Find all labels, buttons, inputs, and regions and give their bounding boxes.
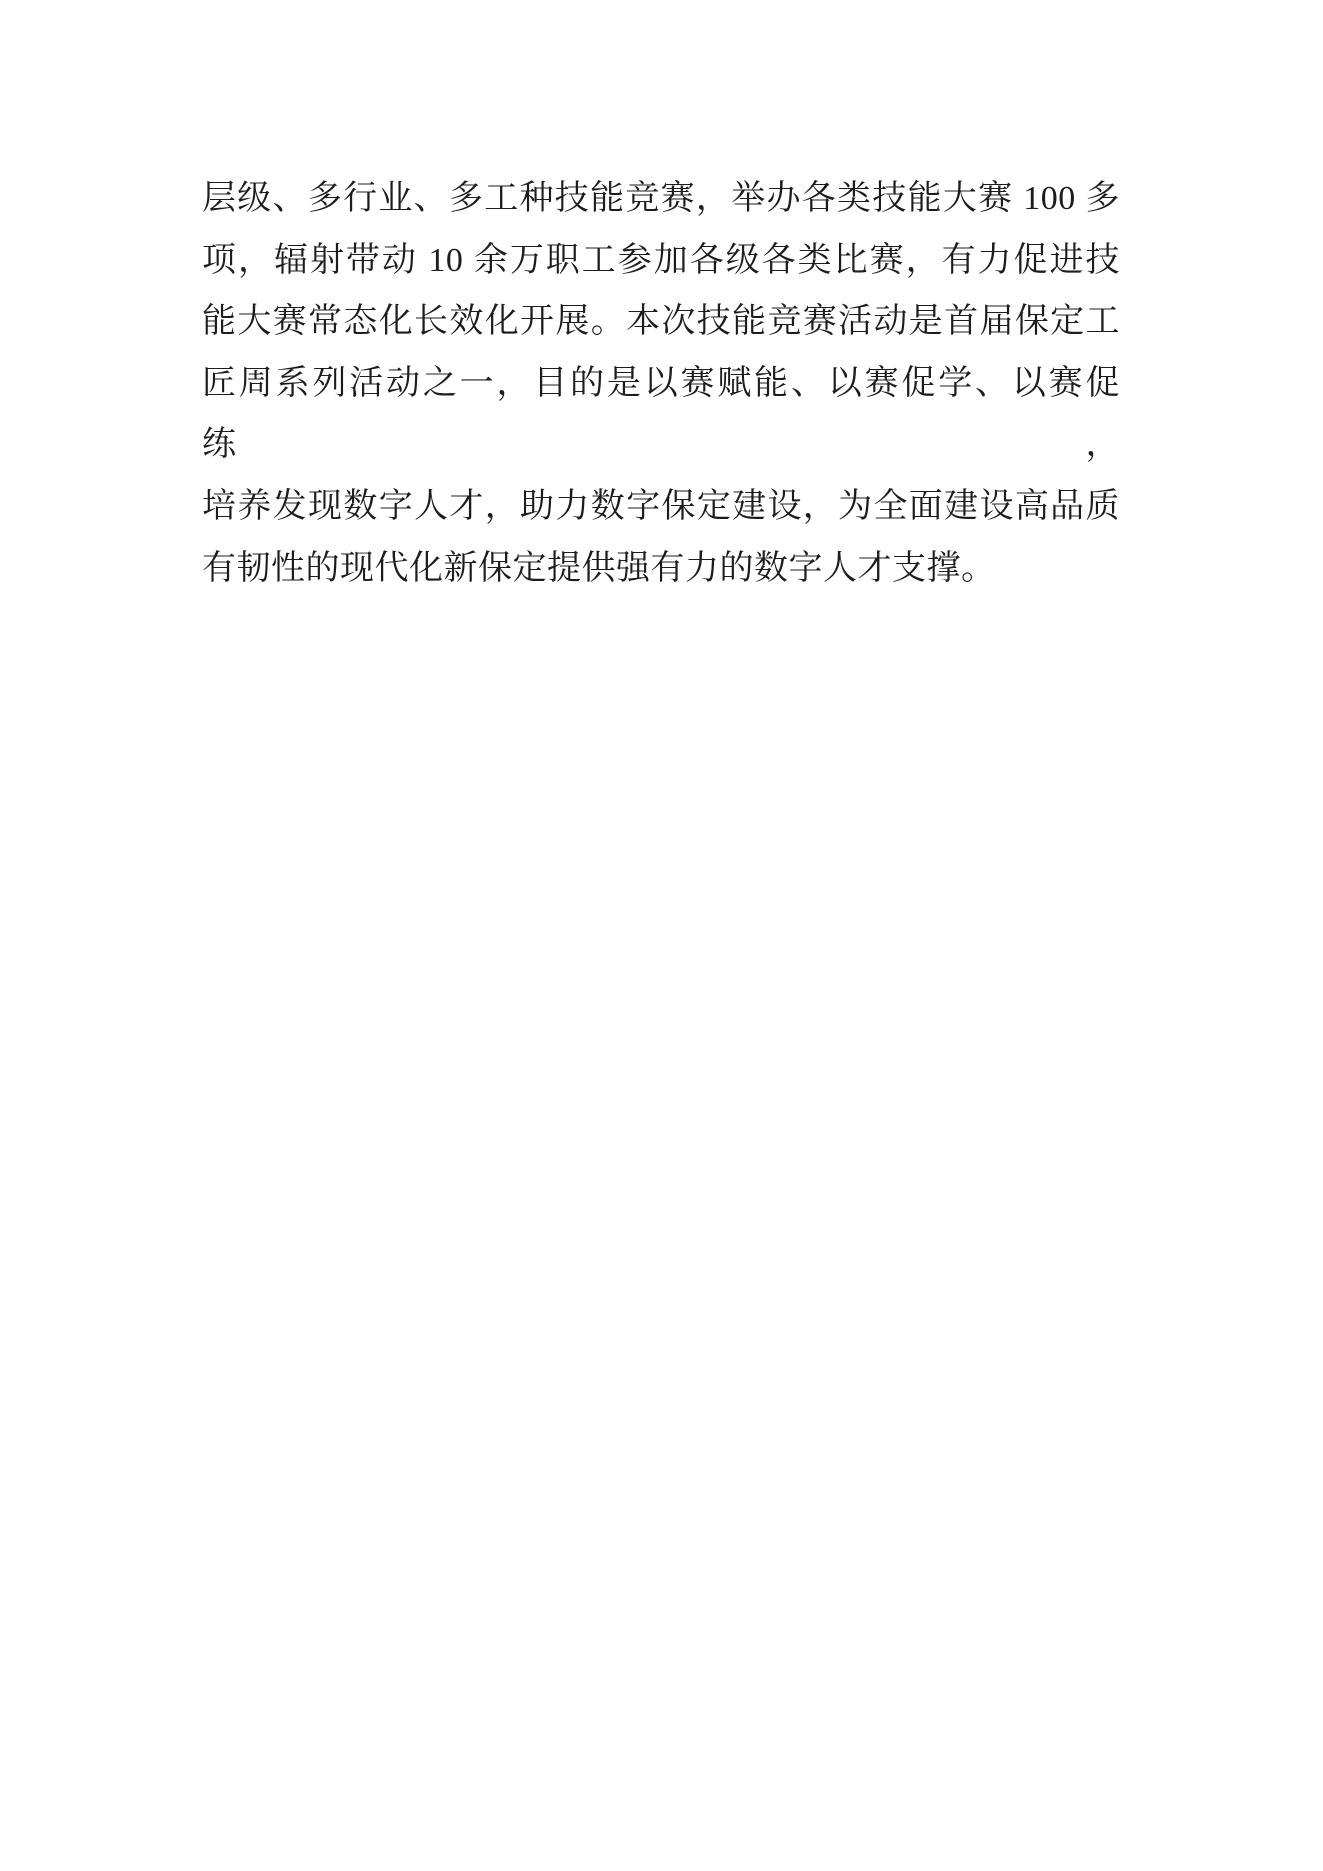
- paragraph-line: 培养发现数字人才，助力数字保定建设，为全面建设高品质: [202, 476, 1120, 538]
- paragraph-line: 有韧性的现代化新保定提供强有力的数字人才支撑。: [202, 538, 1120, 600]
- paragraph-line: 项，辐射带动 10 余万职工参加各级各类比赛，有力促进技: [202, 230, 1120, 292]
- paragraph-line: 能大赛常态化长效化开展。本次技能竞赛活动是首届保定工: [202, 291, 1120, 353]
- paragraph: 层级、多行业、多工种技能竞赛，举办各类技能大赛 100 多 项，辐射带动 10 …: [202, 168, 1120, 599]
- paragraph-line: 匠周系列活动之一，目的是以赛赋能、以赛促学、以赛促练，: [202, 353, 1120, 476]
- paragraph-line: 层级、多行业、多工种技能竞赛，举办各类技能大赛 100 多: [202, 168, 1120, 230]
- document-page: 层级、多行业、多工种技能竞赛，举办各类技能大赛 100 多 项，辐射带动 10 …: [0, 0, 1323, 1871]
